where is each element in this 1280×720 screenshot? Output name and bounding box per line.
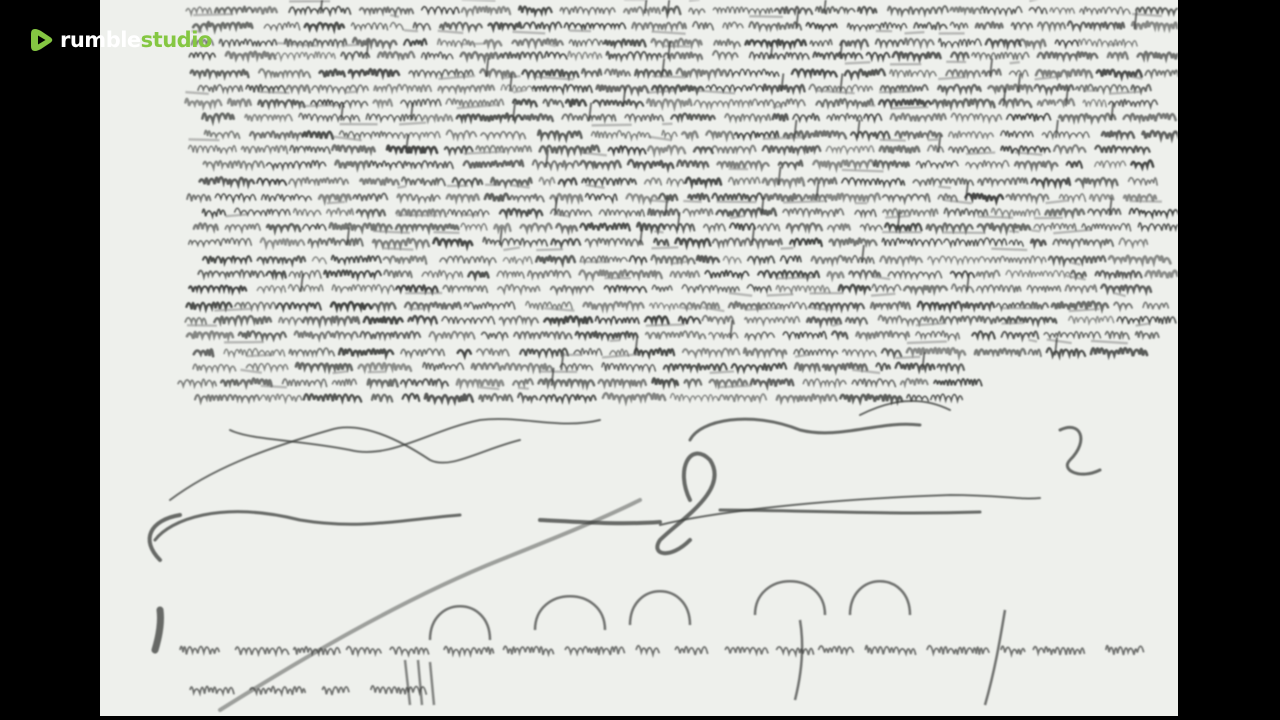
- brand-studio: studio: [141, 28, 212, 52]
- video-frame[interactable]: rumblestudio: [0, 0, 1280, 720]
- brand-rumble: rumble: [60, 28, 141, 52]
- handwriting-strokes: [100, 0, 1178, 716]
- manuscript-image: [100, 0, 1178, 716]
- play-icon: [30, 26, 54, 54]
- rumble-studio-watermark: rumblestudio: [30, 24, 212, 56]
